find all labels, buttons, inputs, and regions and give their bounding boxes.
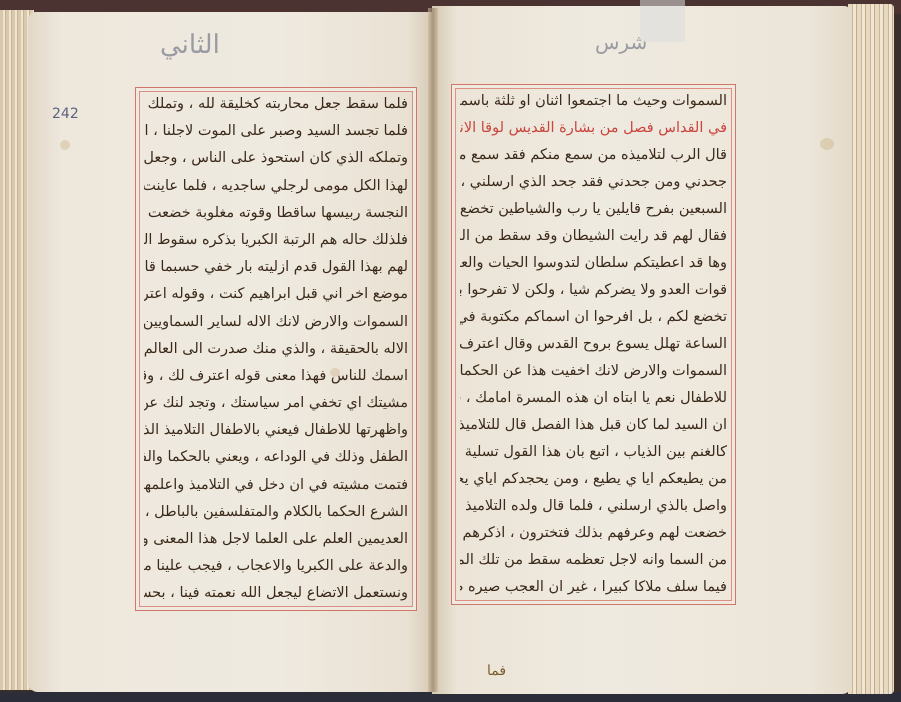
text-line: اسمك للناس فهذا معنى قوله اعترف لك ، وقو… — [144, 364, 408, 389]
text-line: من السما وانه لاجل تعظمه سقط من تلك المر… — [460, 548, 727, 573]
left-text-frame: فلما سقط جعل محاربته كخليقة لله ، وتملك … — [135, 87, 417, 611]
text-line: موضع اخر اني قبل ابراهيم كنت ، وقوله اعت… — [144, 282, 408, 307]
text-line: الطفل وذلك في الوداعه ، ويعني بالحكما وا… — [144, 445, 408, 470]
text-line: السموات والارض لانك الاله لساير السماويي… — [144, 310, 408, 335]
right-pencil-heading: شرس — [595, 30, 647, 54]
text-line: جحدني ومن جحدني فقد جحد الذي ارسلني ، فر… — [460, 170, 727, 195]
text-line: فلما تجسد السيد وصبر على الموت لاجلنا ، … — [144, 119, 408, 144]
text-line: للاطفال نعم يا ابتاه ان هذه المسرة امامك… — [460, 386, 727, 411]
paper-stain — [820, 138, 834, 150]
text-line: السموات والارض لانك اخفيت هذا عن الحكما … — [460, 359, 727, 384]
text-line: وها قد اعطيتكم سلطان لتدوسوا الحيات والع… — [460, 251, 727, 276]
text-line: كالغنم بين الذياب ، اتبع بان هذا القول ت… — [460, 440, 727, 465]
left-pencil-heading: الثاني — [160, 30, 220, 60]
text-line: فلما سقط جعل محاربته كخليقة لله ، وتملك … — [144, 92, 408, 117]
right-text-frame: السموات وحيث ما اجتمعوا اثنان او ثلثة با… — [451, 84, 736, 605]
text-line: تخضع لكم ، بل افرحوا ان اسماكم مكتوبة في… — [460, 305, 727, 330]
text-line: النجسة ربيسها ساقطا وقوته مغلوبة خضعت لت… — [144, 201, 408, 226]
text-line: لهم بهذا القول قدم ازليته بار خفي حسبما … — [144, 255, 408, 280]
text-line: ونستعمل الاتضاع ليجعل الله نعمته فينا ، … — [144, 581, 408, 606]
text-line: العديمين العلم على العلما لاجل هذا المعن… — [144, 527, 408, 552]
text-line: فقال لهم قد رايت الشيطان وقد سقط من السم… — [460, 224, 727, 249]
text-line: قوات العدو ولا يضركم شيا ، ولكن لا تفرحو… — [460, 278, 727, 303]
text-line: من يطيعكم ايا ي يطيع ، ومن يحجدكم اياي ي… — [460, 467, 727, 492]
text-line: واصل بالذي ارسلني ، فلما قال ولده التلام… — [460, 494, 727, 519]
text-line: لهذا الكل مومى لرجلي ساجديه ، فلما عاينت… — [144, 174, 408, 199]
text-line: السبعين بفرح قايلين يا رب والشياطين تخضع… — [460, 197, 727, 222]
text-line: السموات وحيث ما اجتمعوا اثنان او ثلثة با… — [460, 89, 727, 114]
text-line: الاله بالحقيقة ، والذي منك صدرت الى العا… — [144, 337, 408, 362]
text-line: مشيتك اي تخفي امر سياستك ، وتجد لنك عن ا… — [144, 391, 408, 416]
text-line: وتملكه الذي كان استحوذ على الناس ، وجعل … — [144, 146, 408, 171]
text-line: والدعة على الكبريا والاعجاب ، فيجب علينا… — [144, 554, 408, 579]
page-block-right-edge — [848, 4, 894, 694]
text-line: ان السيد لما كان قبل هذا الفصل قال للتلا… — [460, 413, 727, 438]
catchword: فما — [487, 663, 506, 679]
text-line: الساعة تهلل يسوع بروح القدس وقال اعترف ل… — [460, 332, 727, 357]
paper-stain — [60, 140, 70, 150]
folio-number: 242 — [52, 106, 79, 122]
text-line: فيما سلف ملاكا كبيرا ، غير ان العجب صيره… — [460, 575, 727, 600]
left-text-block: فلما سقط جعل محاربته كخليقة لله ، وتملك … — [144, 92, 408, 606]
text-line: قال الرب لتلاميذه من سمع منكم فقد سمع من… — [460, 143, 727, 168]
text-line: الشرع الحكما بالكلام والمتفلسفين بالباطل… — [144, 500, 408, 525]
text-line: واظهرتها للاطفال فيعني بالاطفال التلاميذ… — [144, 418, 408, 443]
right-text-block: السموات وحيث ما اجتمعوا اثنان او ثلثة با… — [460, 89, 727, 600]
rubric-heading-line: في القداس فصل من بشارة القديس لوقا الانج… — [460, 116, 727, 141]
text-line: فتمت مشيته في ان دخل في التلاميذ واعلمهم… — [144, 473, 408, 498]
text-line: خضعت لهم وعرفهم بذلك فتخترون ، اذكرهم سق… — [460, 521, 727, 546]
text-line: فلذلك حاله هم الرتبة الكبريا بذكره سقوط … — [144, 228, 408, 253]
book-gutter — [428, 8, 438, 692]
